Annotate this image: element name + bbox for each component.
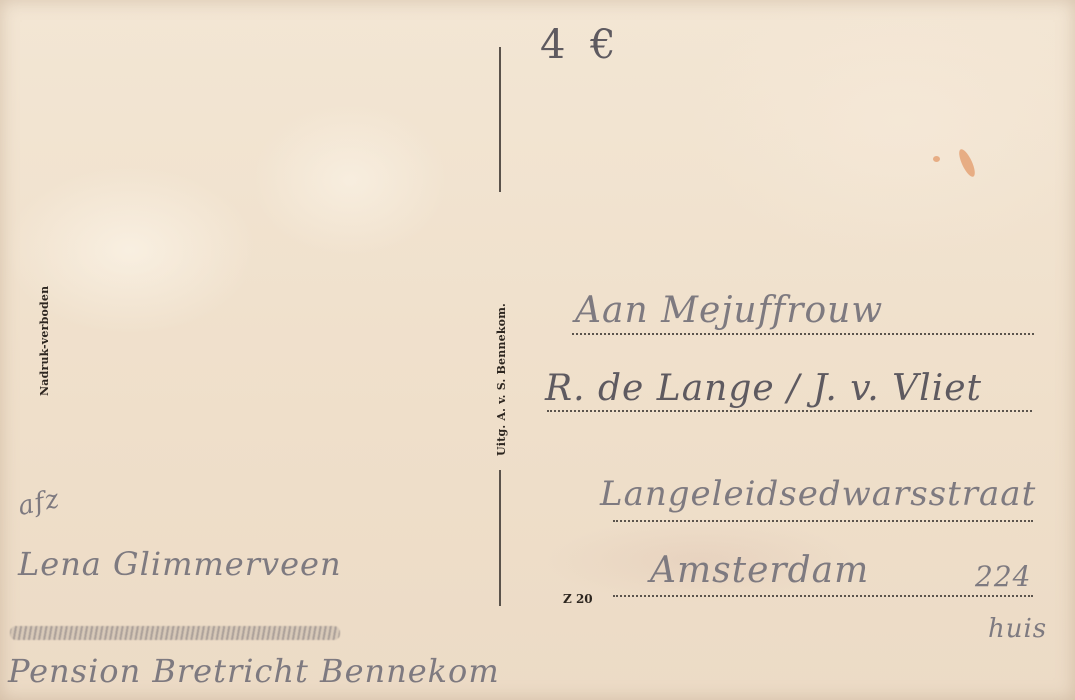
printed-publisher: Uitg. A. v. S. Bennekom. [495, 303, 508, 456]
address-recipient-title: Aan Mejuffrouw [575, 290, 883, 331]
address-house-number: 224 [975, 560, 1031, 593]
sender-name: Lena Glimmerveen [18, 545, 342, 583]
postcard-back: Nadruk-verboden Uitg. A. v. S. Bennekom.… [0, 0, 1075, 700]
address-house-suffix: huis [988, 614, 1047, 644]
address-street: Langeleidsedwarsstraat [600, 474, 1036, 514]
address-line-3 [613, 520, 1033, 522]
address-line-2 [547, 410, 1032, 412]
divider-line-bottom [499, 470, 501, 606]
address-line-4 [613, 595, 1033, 597]
address-recipient-name: R. de Lange / J. v. Vliet [545, 368, 982, 409]
address-line-1 [572, 333, 1034, 335]
address-city: Amsterdam [650, 550, 869, 591]
price-note: 4 € [540, 22, 622, 68]
printed-reprint-notice: Nadruk-verboden [38, 286, 51, 396]
crossed-out-text [10, 626, 340, 640]
stain-dot [933, 156, 940, 162]
divider-line-top [499, 47, 501, 192]
sender-label: afz [15, 484, 62, 522]
card-code: Z 20 [563, 592, 593, 606]
sender-address: Pension Bretricht Bennekom [8, 652, 500, 690]
stain-mark [956, 147, 978, 178]
